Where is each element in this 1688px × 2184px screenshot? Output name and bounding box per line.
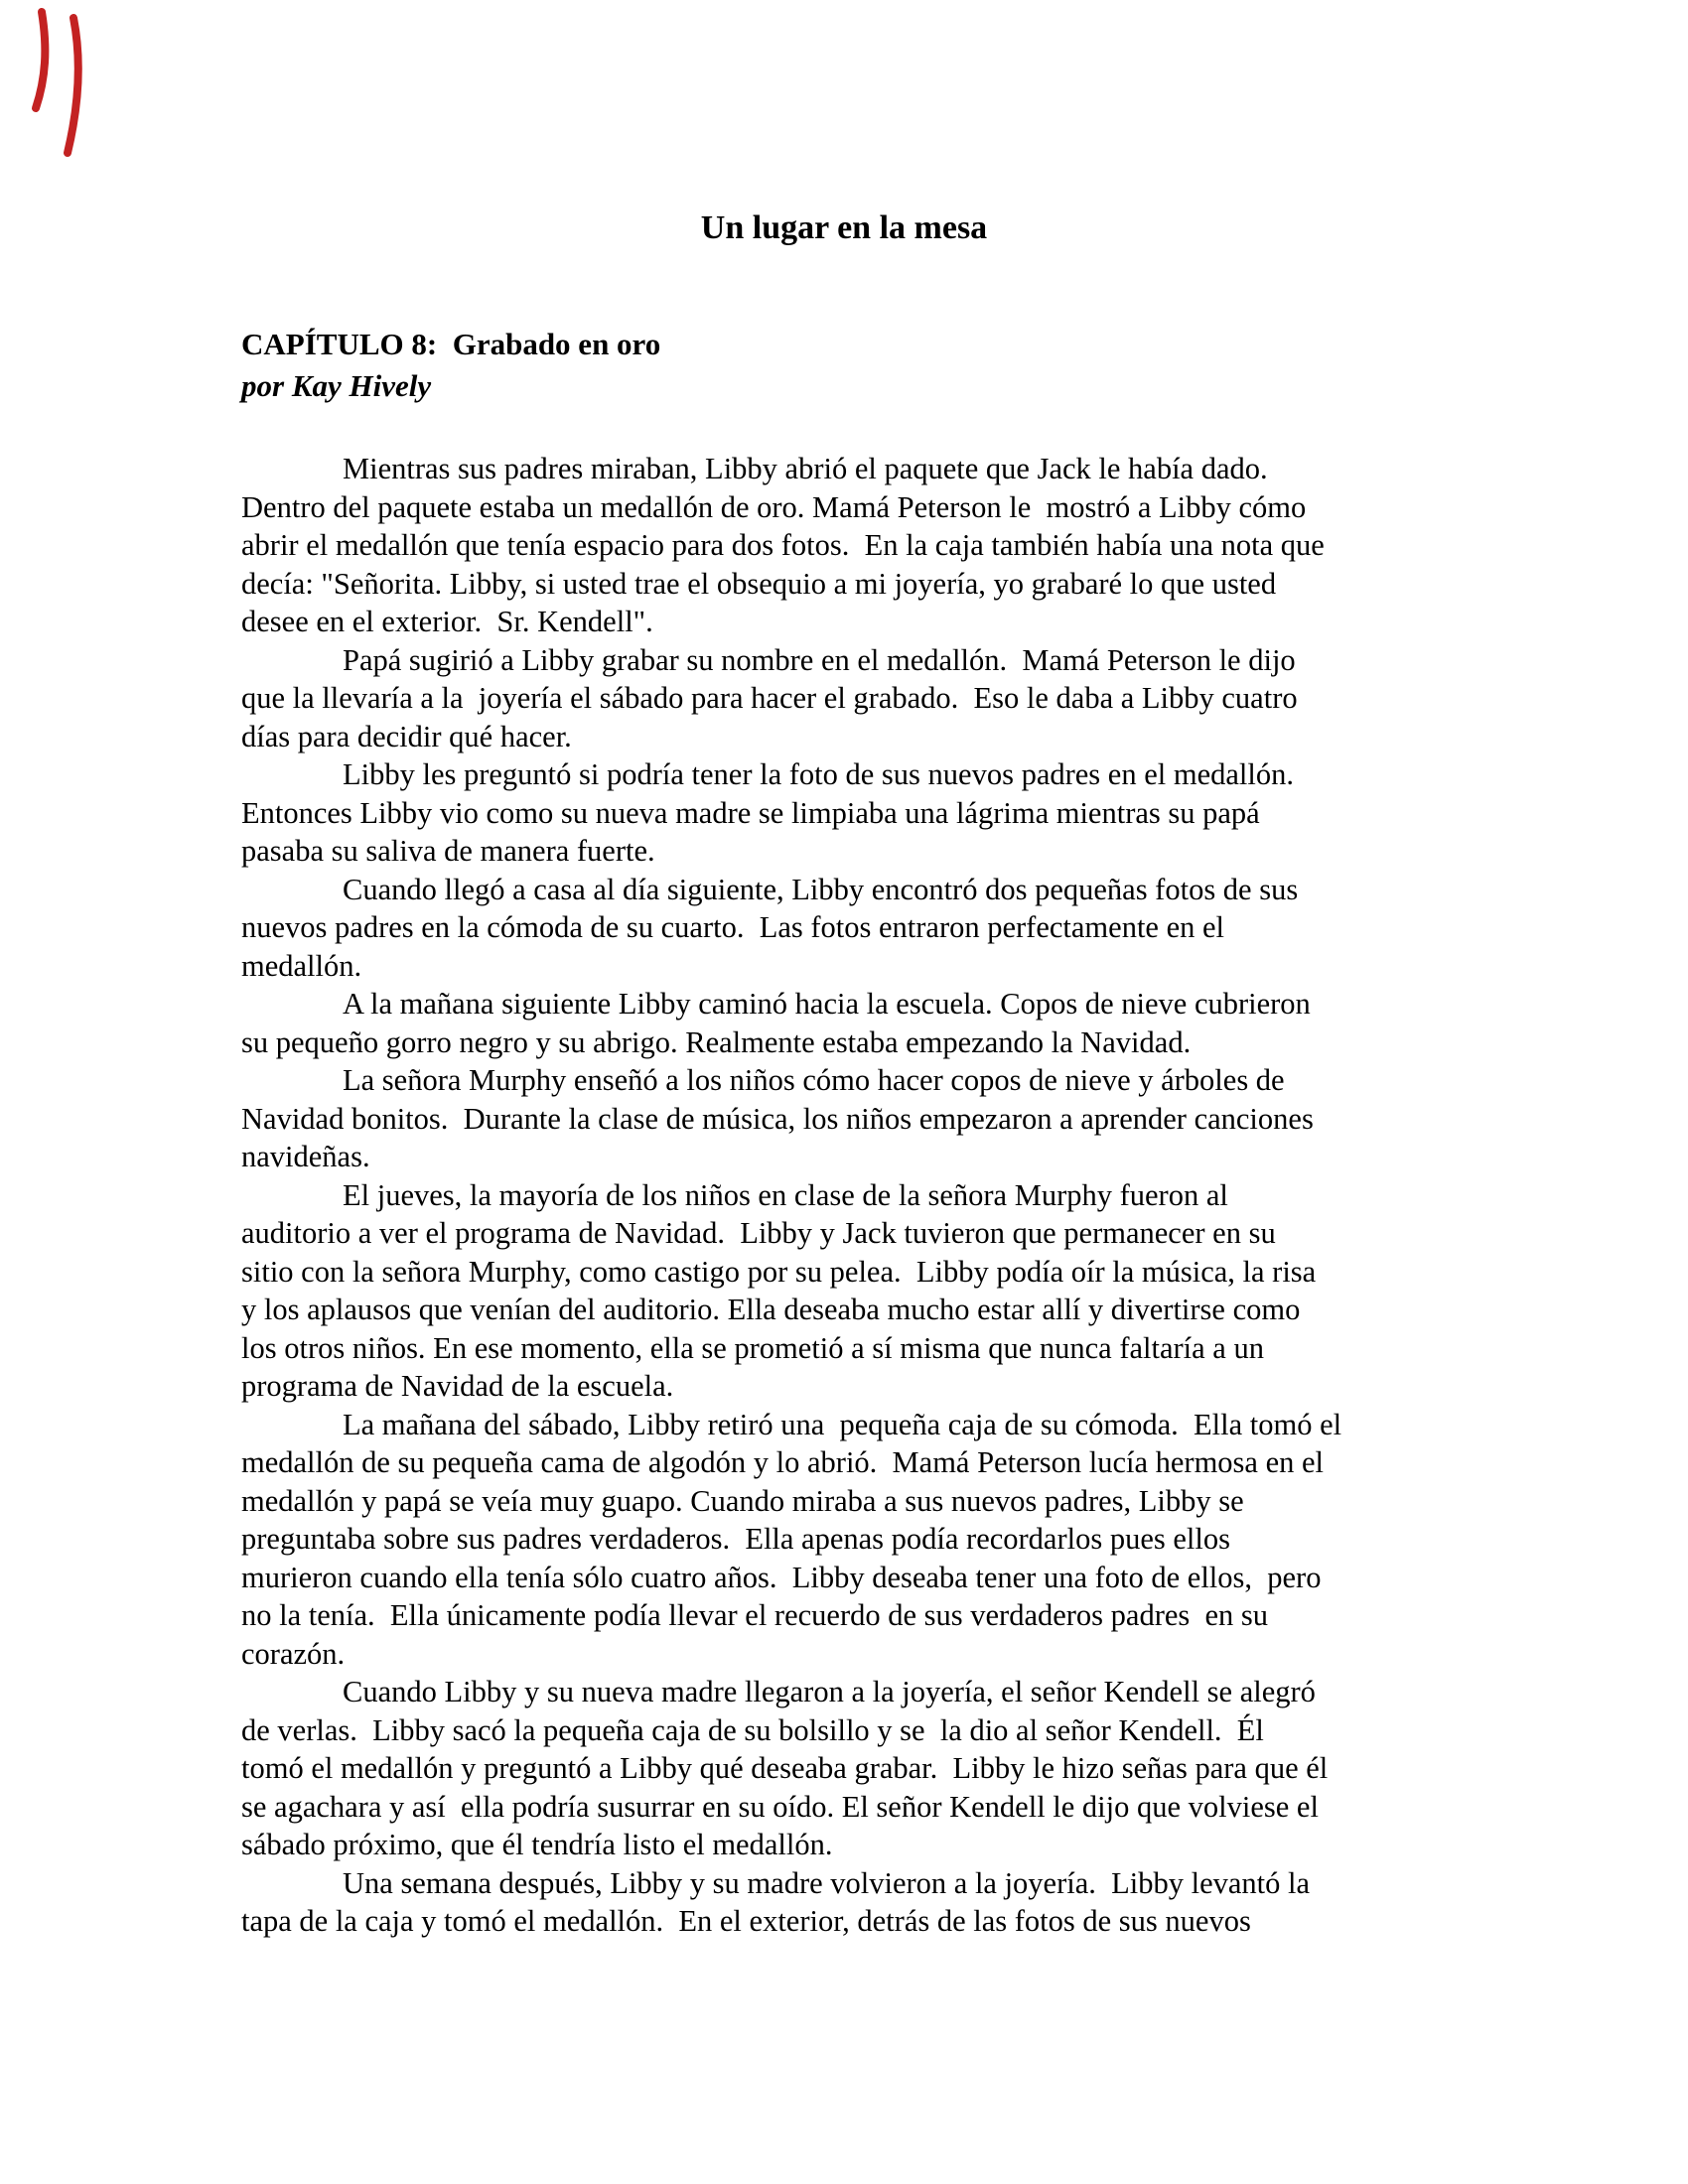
text-line: su pequeño gorro negro y su abrigo. Real… <box>241 1024 1473 1062</box>
text-line: Cuando llegó a casa al día siguiente, Li… <box>241 871 1473 909</box>
text-line: Papá sugirió a Libby grabar su nombre en… <box>241 641 1473 680</box>
paragraph: Cuando llegó a casa al día siguiente, Li… <box>241 871 1473 986</box>
text-line: Entonces Libby vio como su nueva madre s… <box>241 794 1473 833</box>
paragraph: Una semana después, Libby y su madre vol… <box>241 1864 1473 1941</box>
document-page: Un lugar en la mesa CAPÍTULO 8: Grabado … <box>0 0 1688 2184</box>
text-line: auditorio a ver el programa de Navidad. … <box>241 1214 1473 1253</box>
text-line: La señora Murphy enseñó a los niños cómo… <box>241 1061 1473 1100</box>
paragraph: Cuando Libby y su nueva madre llegaron a… <box>241 1673 1473 1864</box>
text-line: preguntaba sobre sus padres verdaderos. … <box>241 1520 1473 1559</box>
text-line: pasaba su saliva de manera fuerte. <box>241 832 1473 871</box>
byline: por Kay Hively <box>241 367 431 406</box>
paragraph: Libby les preguntó si podría tener la fo… <box>241 755 1473 871</box>
text-line: murieron cuando ella tenía sólo cuatro a… <box>241 1559 1473 1597</box>
red-pen-stroke <box>36 12 45 108</box>
text-line: A la mañana siguiente Libby caminó hacia… <box>241 985 1473 1024</box>
paragraph: A la mañana siguiente Libby caminó hacia… <box>241 985 1473 1061</box>
text-line: sitio con la señora Murphy, como castigo… <box>241 1253 1473 1292</box>
text-line: que la llevaría a la joyería el sábado p… <box>241 679 1473 718</box>
text-line: Navidad bonitos. Durante la clase de mús… <box>241 1100 1473 1139</box>
paragraph: La señora Murphy enseñó a los niños cómo… <box>241 1061 1473 1176</box>
text-line: los otros niños. En ese momento, ella se… <box>241 1329 1473 1368</box>
document-title: Un lugar en la mesa <box>0 208 1688 248</box>
text-line: no la tenía. Ella únicamente podía lleva… <box>241 1596 1473 1635</box>
text-line: días para decidir qué hacer. <box>241 718 1473 756</box>
text-line: de verlas. Libby sacó la pequeña caja de… <box>241 1711 1473 1750</box>
text-line: abrir el medallón que tenía espacio para… <box>241 526 1473 565</box>
chapter-heading: CAPÍTULO 8: Grabado en oro <box>241 326 660 364</box>
text-line: tapa de la caja y tomó el medallón. En e… <box>241 1902 1473 1941</box>
body-text: Mientras sus padres miraban, Libby abrió… <box>241 450 1473 1941</box>
red-pen-stroke <box>68 18 78 153</box>
text-line: nuevos padres en la cómoda de su cuarto.… <box>241 908 1473 947</box>
text-line: desee en el exterior. Sr. Kendell". <box>241 603 1473 641</box>
paragraph: Mientras sus padres miraban, Libby abrió… <box>241 450 1473 641</box>
text-line: programa de Navidad de la escuela. <box>241 1367 1473 1406</box>
text-line: se agachara y así ella podría susurrar e… <box>241 1788 1473 1827</box>
text-line: corazón. <box>241 1635 1473 1674</box>
text-line: sábado próximo, que él tendría listo el … <box>241 1826 1473 1864</box>
text-line: La mañana del sábado, Libby retiró una p… <box>241 1406 1473 1444</box>
text-line: medallón de su pequeña cama de algodón y… <box>241 1443 1473 1482</box>
text-line: navideñas. <box>241 1138 1473 1176</box>
paragraph: Papá sugirió a Libby grabar su nombre en… <box>241 641 1473 756</box>
paragraph: El jueves, la mayoría de los niños en cl… <box>241 1176 1473 1406</box>
text-line: medallón y papá se veía muy guapo. Cuand… <box>241 1482 1473 1521</box>
text-line: tomó el medallón y preguntó a Libby qué … <box>241 1749 1473 1788</box>
red-pen-marks-icon <box>28 4 97 168</box>
text-line: medallón. <box>241 947 1473 986</box>
text-line: decía: "Señorita. Libby, si usted trae e… <box>241 565 1473 604</box>
text-line: y los aplausos que venían del auditorio.… <box>241 1291 1473 1329</box>
text-line: Una semana después, Libby y su madre vol… <box>241 1864 1473 1903</box>
text-line: Mientras sus padres miraban, Libby abrió… <box>241 450 1473 488</box>
text-line: Libby les preguntó si podría tener la fo… <box>241 755 1473 794</box>
text-line: El jueves, la mayoría de los niños en cl… <box>241 1176 1473 1215</box>
paragraph: La mañana del sábado, Libby retiró una p… <box>241 1406 1473 1674</box>
text-line: Cuando Libby y su nueva madre llegaron a… <box>241 1673 1473 1711</box>
text-line: Dentro del paquete estaba un medallón de… <box>241 488 1473 527</box>
